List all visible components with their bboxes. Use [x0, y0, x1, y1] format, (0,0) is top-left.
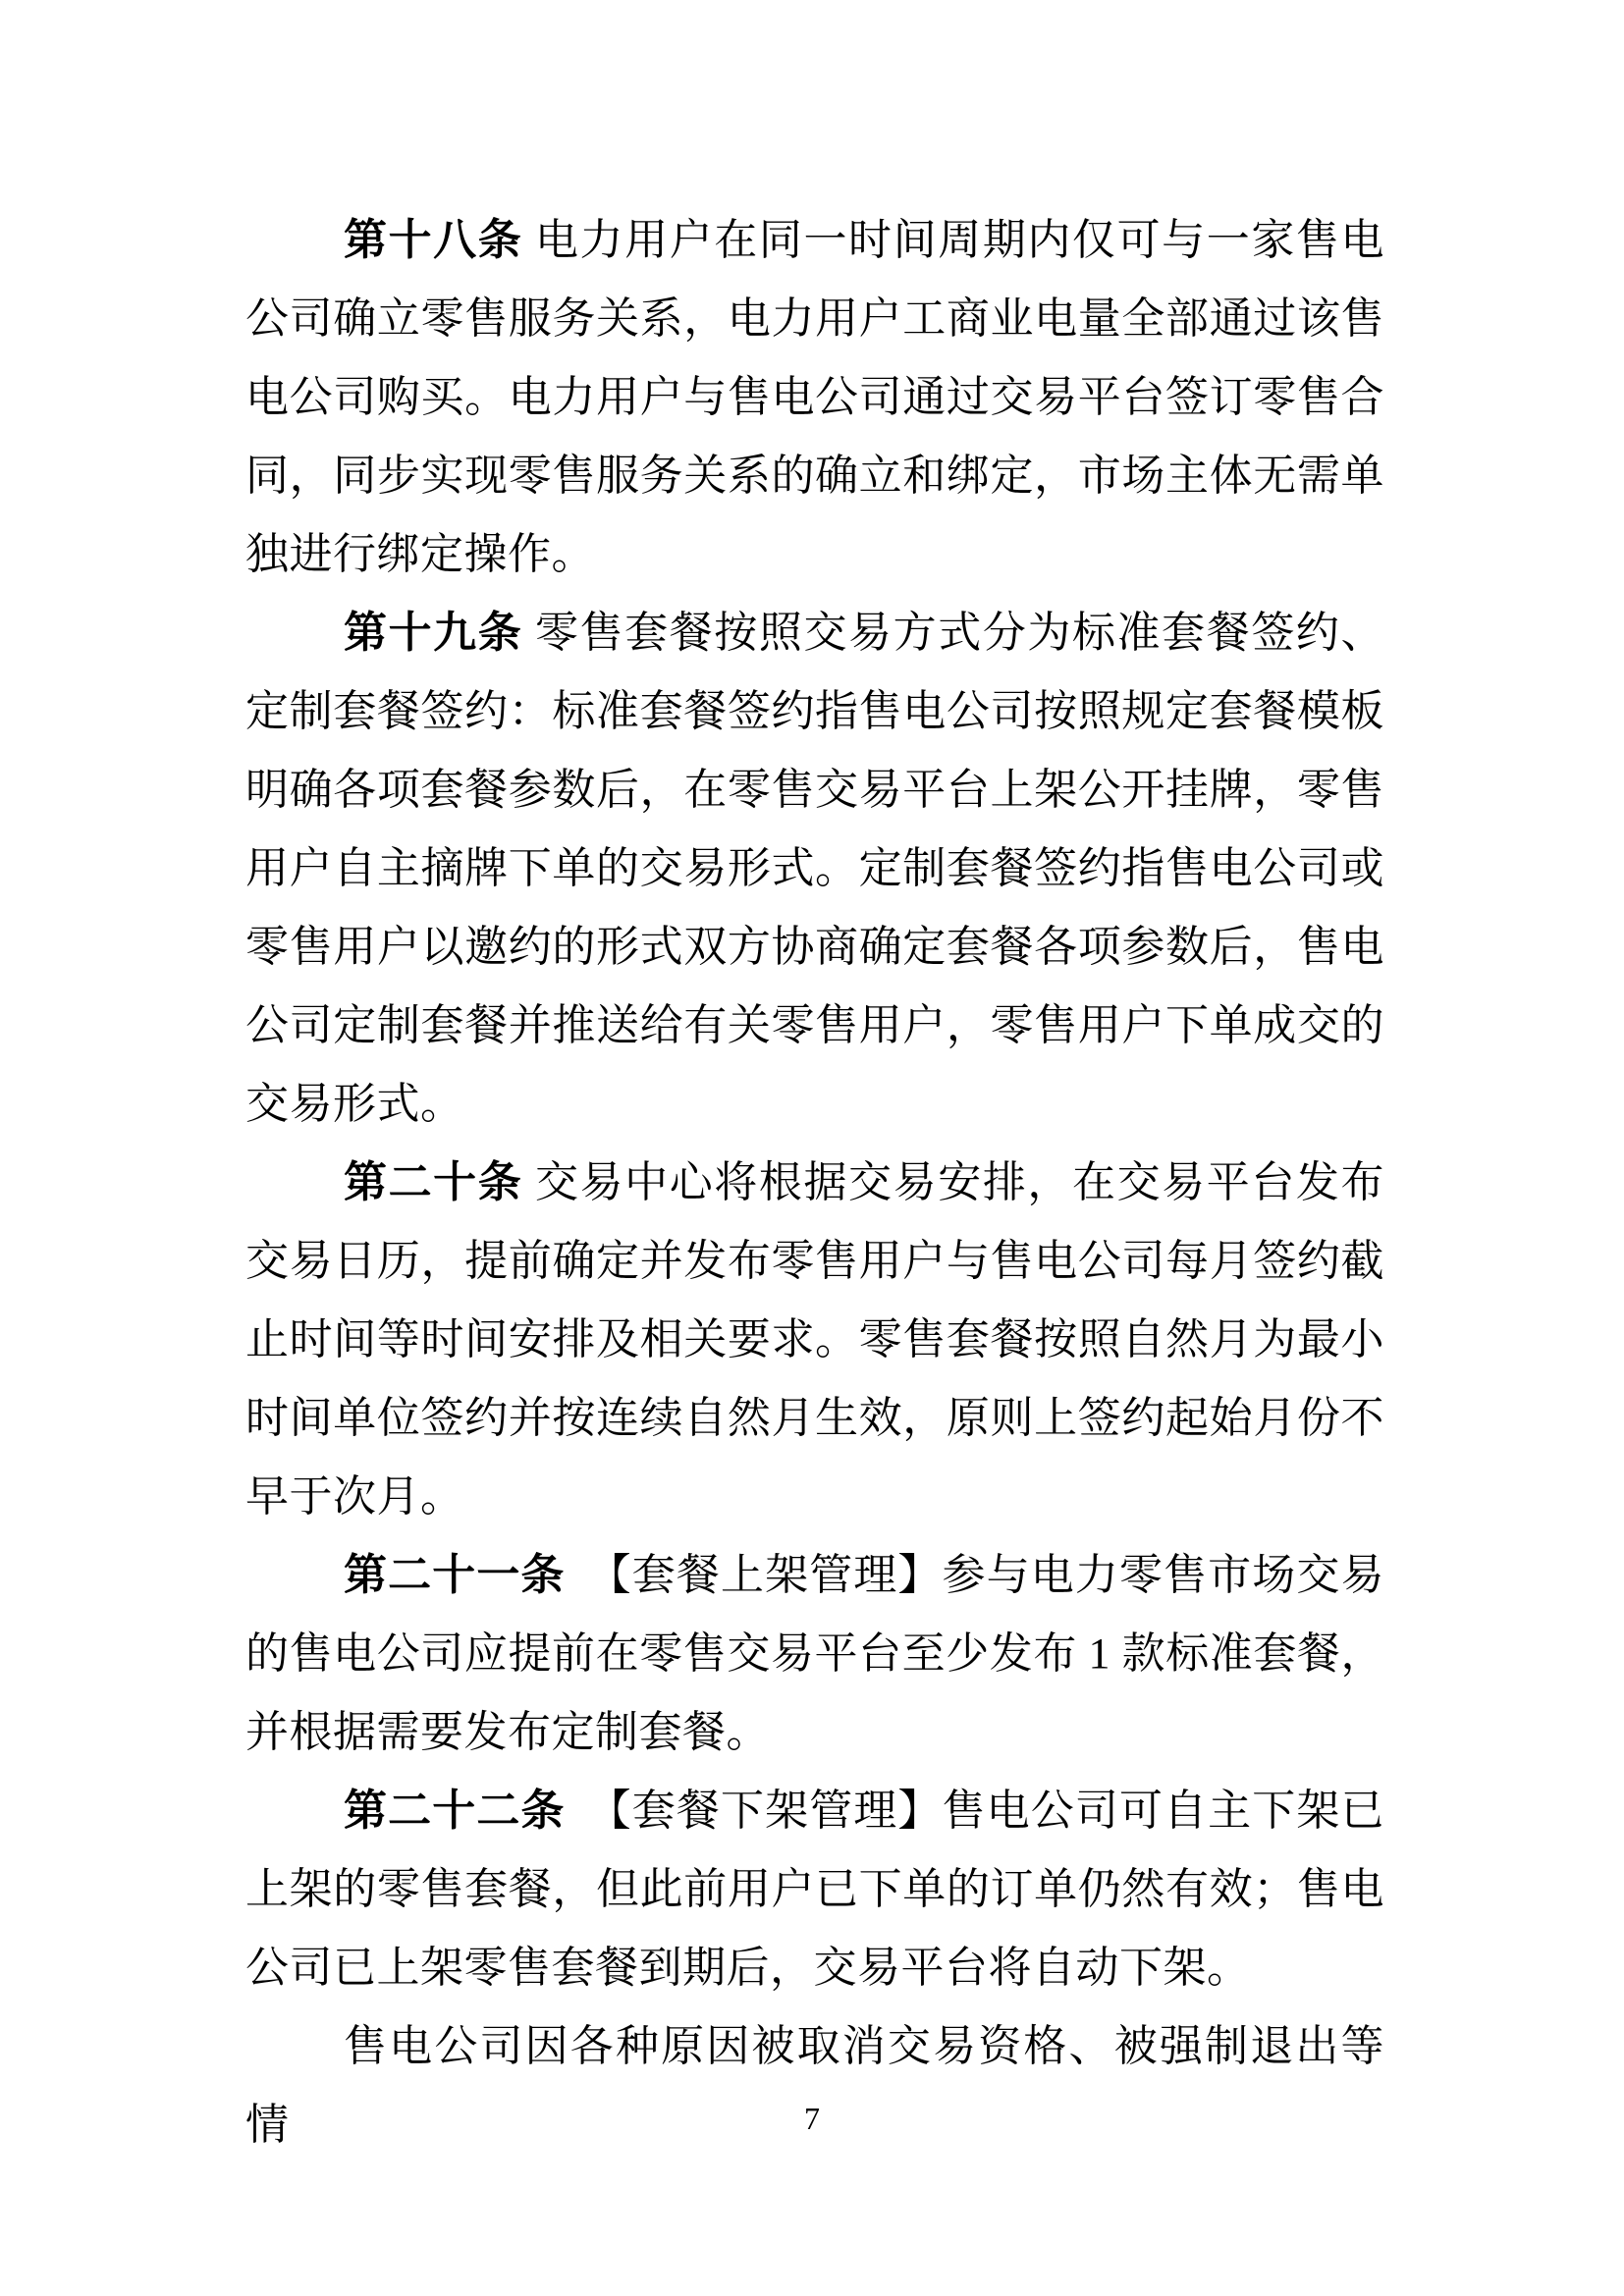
text-line: 第二十一条 【套餐上架管理】参与电力零售市场交易 [245, 1536, 1384, 1615]
text-line: 早于次月。 [245, 1458, 1384, 1536]
text-run: 【套餐下架管理】售电公司可自主下架已 [566, 1787, 1384, 1835]
text-line: 并根据需要发布定制套餐。 [245, 1693, 1384, 1772]
document-body: 第十八条 电力用户在同一时间周期内仅可与一家售电 公司确立零售服务关系，电力用户… [245, 201, 1384, 2086]
text-line: 时间单位签约并按连续自然月生效，原则上签约起始月份不 [245, 1379, 1384, 1458]
text-run: 并根据需要发布定制套餐。 [245, 1708, 770, 1756]
text-line: 止时间等时间安排及相关要求。零售套餐按照自然月为最小 [245, 1301, 1384, 1379]
text-run: 交易中心将根据交易安排，在交易平台发布 [522, 1158, 1384, 1206]
article-22-heading: 第二十二条 [344, 1787, 566, 1835]
text-run: 上架的零售套餐，但此前用户已下单的订单仍然有效；售电 [245, 1865, 1384, 1913]
document-page: 第十八条 电力用户在同一时间周期内仅可与一家售电 公司确立零售服务关系，电力用户… [0, 0, 1624, 2296]
text-run: 明确各项套餐参数后，在零售交易平台上架公开挂牌，零售 [245, 766, 1384, 814]
text-line: 明确各项套餐参数后，在零售交易平台上架公开挂牌，零售 [245, 751, 1384, 829]
text-line: 的售电公司应提前在零售交易平台至少发布 1 款标准套餐， [245, 1615, 1384, 1693]
text-line: 公司确立零售服务关系，电力用户工商业电量全部通过该售 [245, 280, 1384, 358]
text-run: 公司定制套餐并推送给有关零售用户，零售用户下单成交的 [245, 1001, 1384, 1049]
text-run: 【套餐上架管理】参与电力零售市场交易 [566, 1551, 1384, 1599]
text-run: 零售用户以邀约的形式双方协商确定套餐各项参数后，售电 [245, 923, 1384, 971]
text-line: 第二十条 交易中心将根据交易安排，在交易平台发布 [245, 1144, 1384, 1222]
page-number: 7 [0, 2101, 1624, 2137]
text-run: 公司已上架零售套餐到期后，交易平台将自动下架。 [245, 1944, 1251, 1992]
text-run: 零售套餐按照交易方式分为标准套餐签约、 [522, 609, 1384, 657]
article-19-heading: 第十九条 [344, 609, 522, 657]
text-line: 第二十二条 【套餐下架管理】售电公司可自主下架已 [245, 1772, 1384, 1850]
text-line: 用户自主摘牌下单的交易形式。定制套餐签约指售电公司或 [245, 829, 1384, 908]
text-line: 交易形式。 [245, 1065, 1384, 1144]
text-run: 电公司购买。电力用户与售电公司通过交易平台签订零售合 [245, 373, 1384, 421]
article-20-heading: 第二十条 [344, 1158, 522, 1206]
text-line: 上架的零售套餐，但此前用户已下单的订单仍然有效；售电 [245, 1850, 1384, 1929]
text-line: 电公司购买。电力用户与售电公司通过交易平台签订零售合 [245, 358, 1384, 437]
text-run: 止时间等时间安排及相关要求。零售套餐按照自然月为最小 [245, 1315, 1384, 1363]
text-line: 交易日历，提前确定并发布零售用户与售电公司每月签约截 [245, 1222, 1384, 1301]
article-18-heading: 第十八条 [344, 216, 522, 264]
text-line: 独进行绑定操作。 [245, 515, 1384, 594]
text-run: 的售电公司应提前在零售交易平台至少发布 1 款标准套餐， [245, 1629, 1384, 1678]
text-run: 公司确立零售服务关系，电力用户工商业电量全部通过该售 [245, 294, 1384, 343]
text-line: 公司已上架零售套餐到期后，交易平台将自动下架。 [245, 1929, 1384, 2007]
text-line: 定制套餐签约：标准套餐签约指售电公司按照规定套餐模板 [245, 672, 1384, 751]
text-run: 时间单位签约并按连续自然月生效，原则上签约起始月份不 [245, 1394, 1384, 1442]
text-line: 售电公司因各种原因被取消交易资格、被强制退出等情 [245, 2007, 1384, 2086]
text-line: 同，同步实现零售服务关系的确立和绑定，市场主体无需单 [245, 437, 1384, 515]
text-line: 第十九条 零售套餐按照交易方式分为标准套餐签约、 [245, 594, 1384, 672]
text-run: 用户自主摘牌下单的交易形式。定制套餐签约指售电公司或 [245, 844, 1384, 892]
text-run: 交易日历，提前确定并发布零售用户与售电公司每月签约截 [245, 1237, 1384, 1285]
text-run: 独进行绑定操作。 [245, 530, 595, 578]
text-line: 零售用户以邀约的形式双方协商确定套餐各项参数后，售电 [245, 908, 1384, 987]
text-run: 同，同步实现零售服务关系的确立和绑定，市场主体无需单 [245, 452, 1384, 500]
text-run: 定制套餐签约：标准套餐签约指售电公司按照规定套餐模板 [245, 687, 1384, 735]
text-run: 早于次月。 [245, 1472, 464, 1521]
text-run: 交易形式。 [245, 1080, 464, 1128]
text-line: 第十八条 电力用户在同一时间周期内仅可与一家售电 [245, 201, 1384, 280]
article-21-heading: 第二十一条 [344, 1551, 566, 1599]
text-run: 电力用户在同一时间周期内仅可与一家售电 [522, 216, 1384, 264]
text-line: 公司定制套餐并推送给有关零售用户，零售用户下单成交的 [245, 987, 1384, 1065]
